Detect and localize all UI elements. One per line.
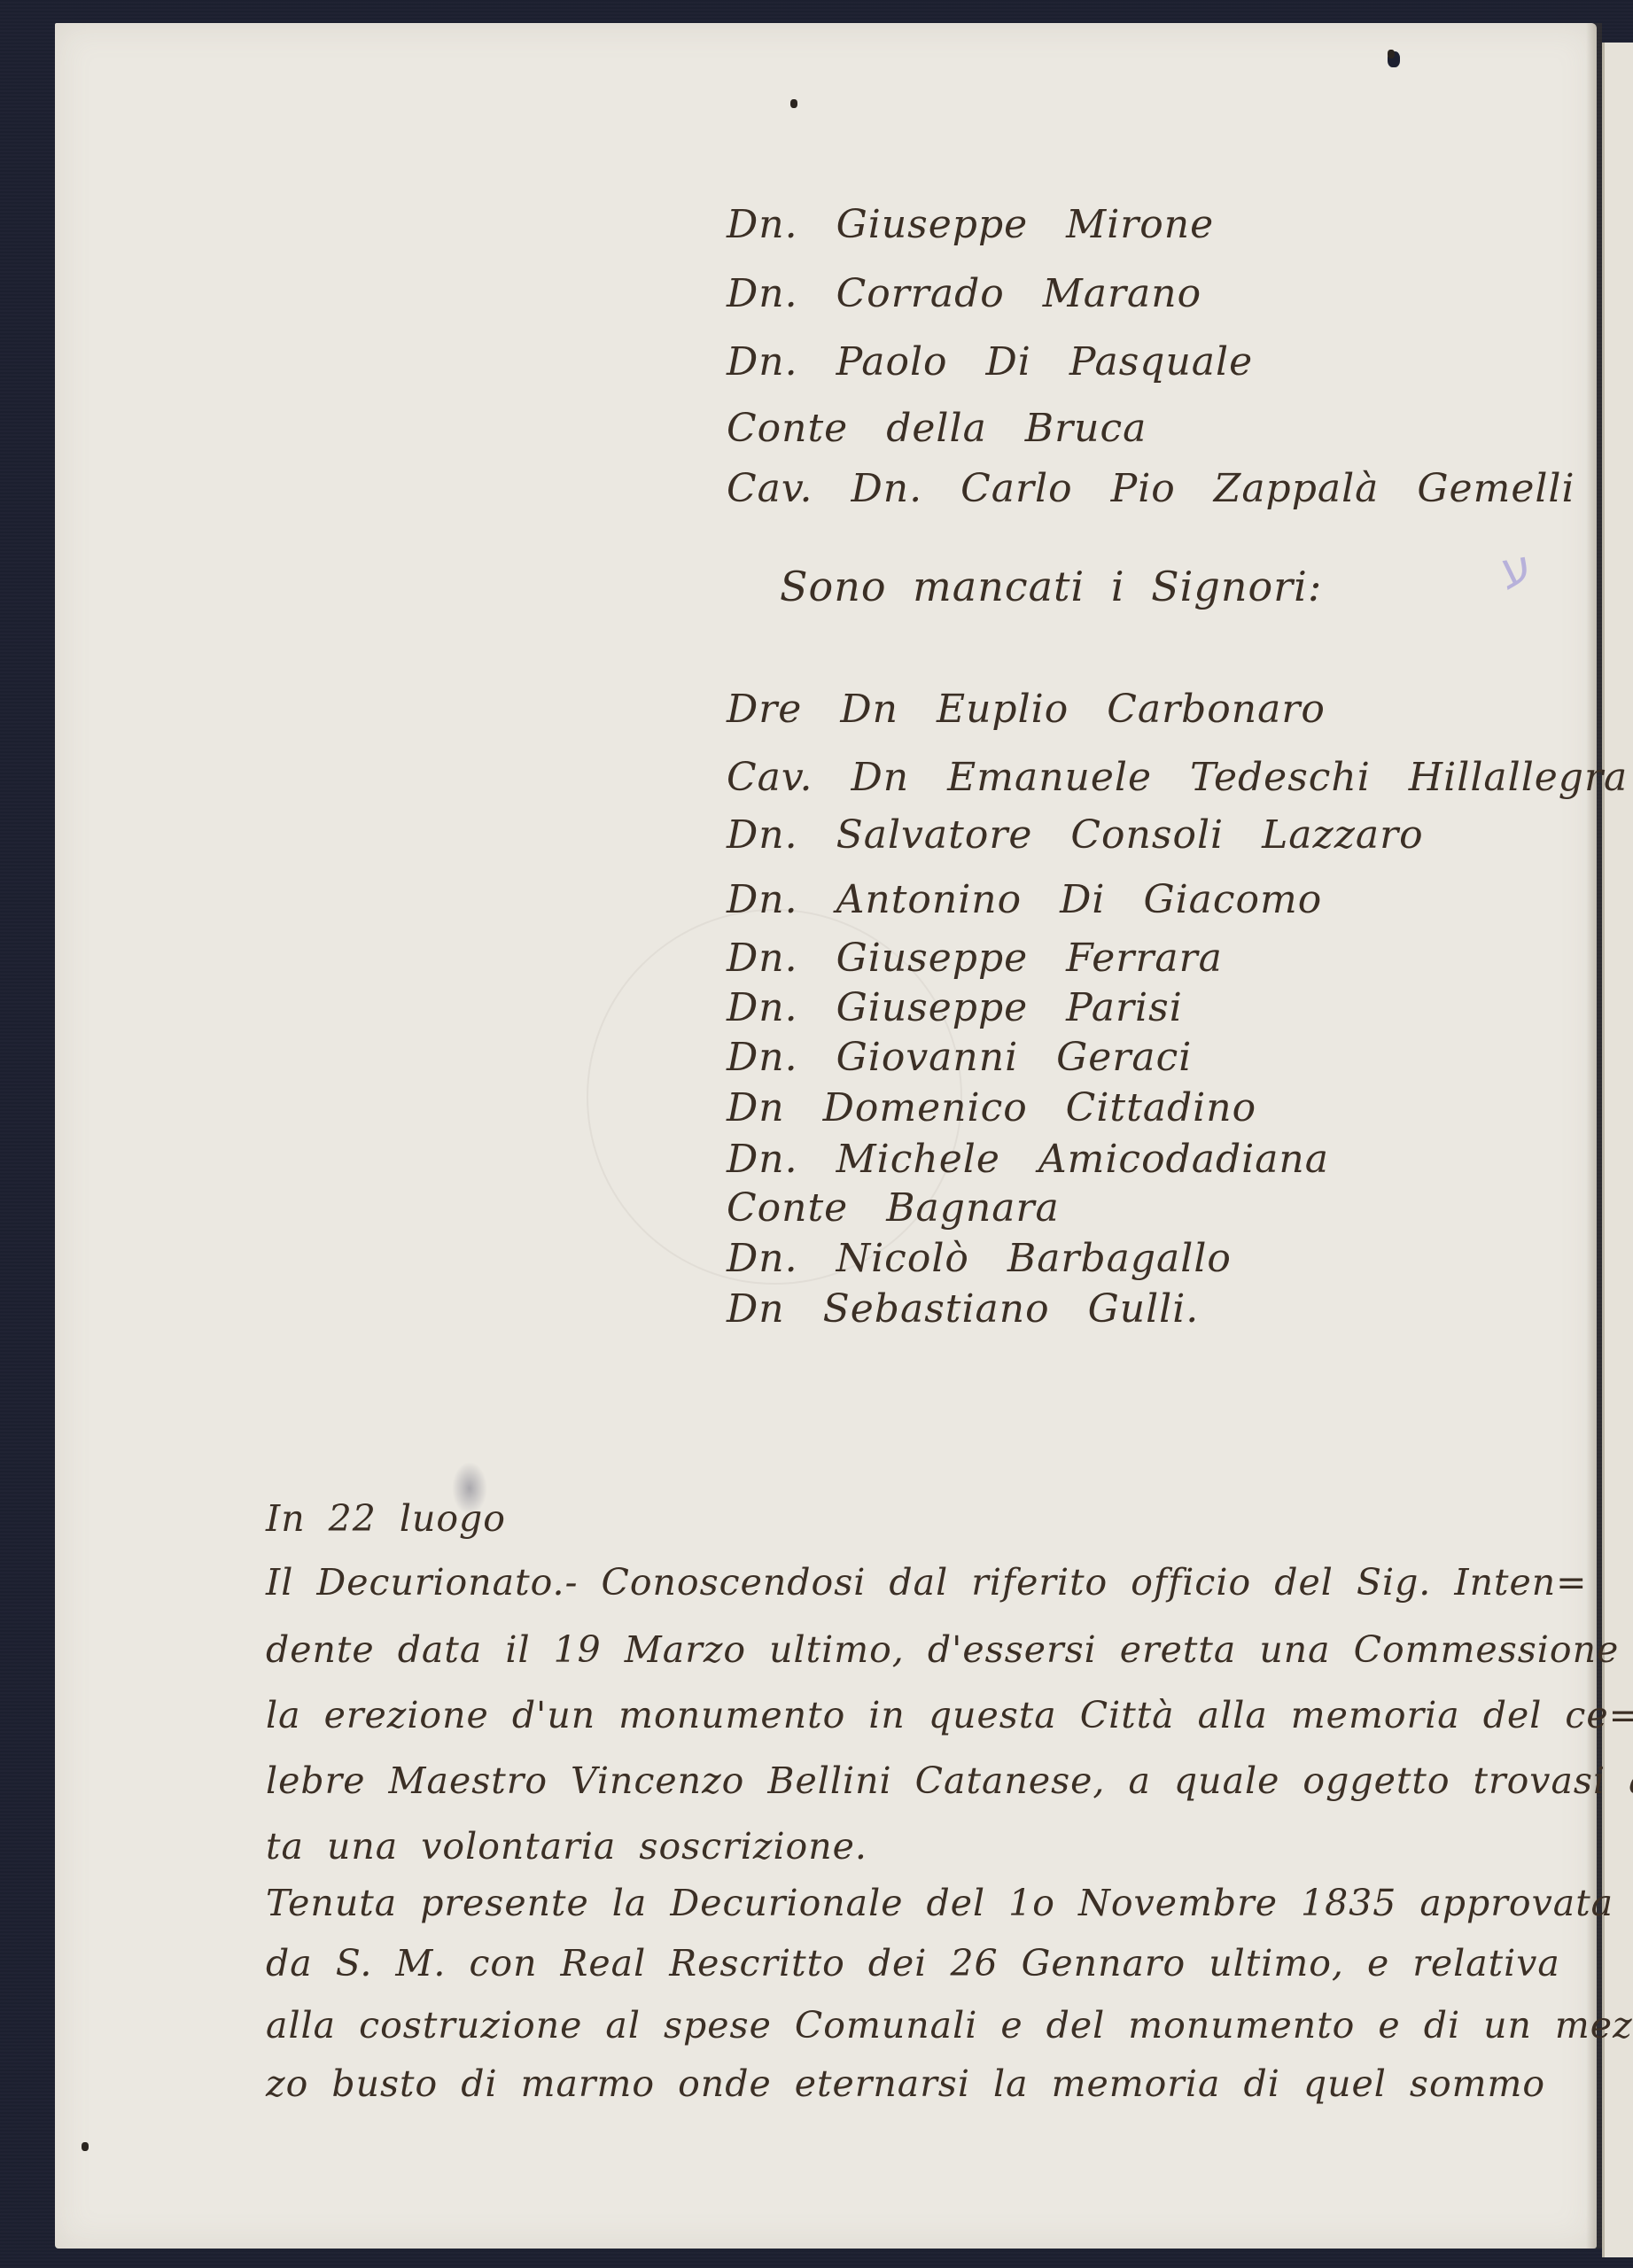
- absentee-name: Bagnara: [886, 1185, 1060, 1231]
- absentee-row: Conte Bagnara: [727, 1185, 1060, 1231]
- absentee-name: Euplio Carbonaro: [937, 687, 1326, 732]
- absentee-name: Michele Amicodadiana: [836, 1137, 1329, 1182]
- absentee-title: Dn.: [727, 1035, 798, 1080]
- absentee-row: Dn. Salvatore Consoli Lazzaro: [727, 812, 1424, 858]
- attendee-title: Dn.: [727, 339, 798, 384]
- absentee-row: Dn. Giuseppe Ferrara: [727, 936, 1223, 981]
- deliberation-line: Tenuta presente la Decurionale del 1o No…: [266, 1882, 1489, 1924]
- absentee-title: Dn: [727, 1286, 785, 1332]
- attendee-title: Cav. Dn.: [727, 466, 922, 511]
- deliberation-line: Il Decurionato.- Conoscendosi dal riferi…: [266, 1561, 1489, 1604]
- deliberation-line: la erezione d'un monumento in questa Cit…: [266, 1694, 1489, 1736]
- absentee-name: Giovanni Geraci: [836, 1035, 1193, 1080]
- absentee-title: Dn: [727, 1085, 785, 1130]
- absentee-row: Dn. Nicolò Barbagallo: [727, 1236, 1232, 1281]
- absentee-row: Dn Sebastiano Gulli.: [727, 1286, 1199, 1332]
- attendee-title: Dn.: [727, 271, 798, 316]
- deliberation-line: alla costruzione al spese Comunali e del…: [266, 2004, 1489, 2047]
- absentee-row: Cav. Dn Emanuele Tedeschi Hillallegra: [727, 755, 1628, 800]
- attendee-row: Conte della Bruca: [727, 406, 1147, 451]
- deliberation-line: dente data il 19 Marzo ultimo, d'essersi…: [266, 1628, 1489, 1671]
- absentee-name: Salvatore Consoli Lazzaro: [836, 812, 1424, 858]
- absentee-title: Dn.: [727, 1137, 798, 1182]
- attendee-title: Dn.: [727, 202, 798, 247]
- absentee-title: Conte: [727, 1185, 848, 1231]
- attendee-name: Giuseppe Mirone: [836, 202, 1215, 247]
- attendee-name: Paolo Di Pasquale: [836, 339, 1254, 384]
- absentee-title: Dn.: [727, 985, 798, 1030]
- absentee-name: Domenico Cittadino: [823, 1085, 1256, 1130]
- attendee-title: Conte: [727, 406, 848, 451]
- absentee-name: Nicolò Barbagallo: [836, 1236, 1232, 1281]
- adjacent-page-edge: [1602, 43, 1633, 2257]
- attendee-name: della Bruca: [886, 406, 1147, 451]
- absentees-heading: Sono mancati i Signori:: [780, 563, 1322, 610]
- deliberation-line: da S. M. con Real Rescritto dei 26 Genna…: [266, 1942, 1489, 1984]
- absentee-row: Dn. Giuseppe Parisi: [727, 985, 1183, 1030]
- absentee-title: Dn.: [727, 877, 798, 922]
- absentee-row: Dn. Michele Amicodadiana: [727, 1137, 1329, 1182]
- absentee-title: Dn.: [727, 936, 798, 981]
- absentee-row: Dn. Antonino Di Giacomo: [727, 877, 1322, 922]
- absentee-name: Emanuele Tedeschi Hillallegra: [947, 755, 1628, 800]
- absentee-row: Dn Domenico Cittadino: [727, 1085, 1256, 1130]
- attendee-row: Dn. Giuseppe Mirone: [727, 202, 1214, 247]
- deliberation-line: zo busto di marmo onde eternarsi la memo…: [266, 2062, 1489, 2105]
- attendee-row: Cav. Dn. Carlo Pio Zappalà Gemelli: [727, 466, 1575, 511]
- deliberation-heading: In 22 luogo: [266, 1497, 1489, 1540]
- absentee-name: Giuseppe Parisi: [836, 985, 1183, 1030]
- absentee-row: Dn. Giovanni Geraci: [727, 1035, 1192, 1080]
- absentee-title: Cav. Dn: [727, 755, 909, 800]
- absentee-name: Antonino Di Giacomo: [836, 877, 1323, 922]
- deliberation-line: ta una volontaria soscrizione.: [266, 1825, 1489, 1868]
- attendee-row: Dn. Corrado Marano: [727, 271, 1201, 316]
- attendee-row: Dn. Paolo Di Pasquale: [727, 339, 1253, 384]
- deliberation-line: lebre Maestro Vincenzo Bellini Catanese,…: [266, 1759, 1489, 1802]
- attendee-name: Carlo Pio Zappalà Gemelli: [960, 466, 1575, 511]
- absentee-name: Giuseppe Ferrara: [836, 936, 1223, 981]
- absentee-row: Dre Dn Euplio Carbonaro: [727, 687, 1326, 732]
- absentee-name: Sebastiano Gulli.: [823, 1286, 1200, 1332]
- absentee-title: Dre Dn: [727, 687, 898, 732]
- attendee-name: Corrado Marano: [836, 271, 1201, 316]
- ink-speck: [82, 2142, 89, 2151]
- ink-speck: [790, 99, 797, 108]
- absentee-title: Dn.: [727, 812, 798, 858]
- absentee-title: Dn.: [727, 1236, 798, 1281]
- ink-speck: [1388, 50, 1395, 58]
